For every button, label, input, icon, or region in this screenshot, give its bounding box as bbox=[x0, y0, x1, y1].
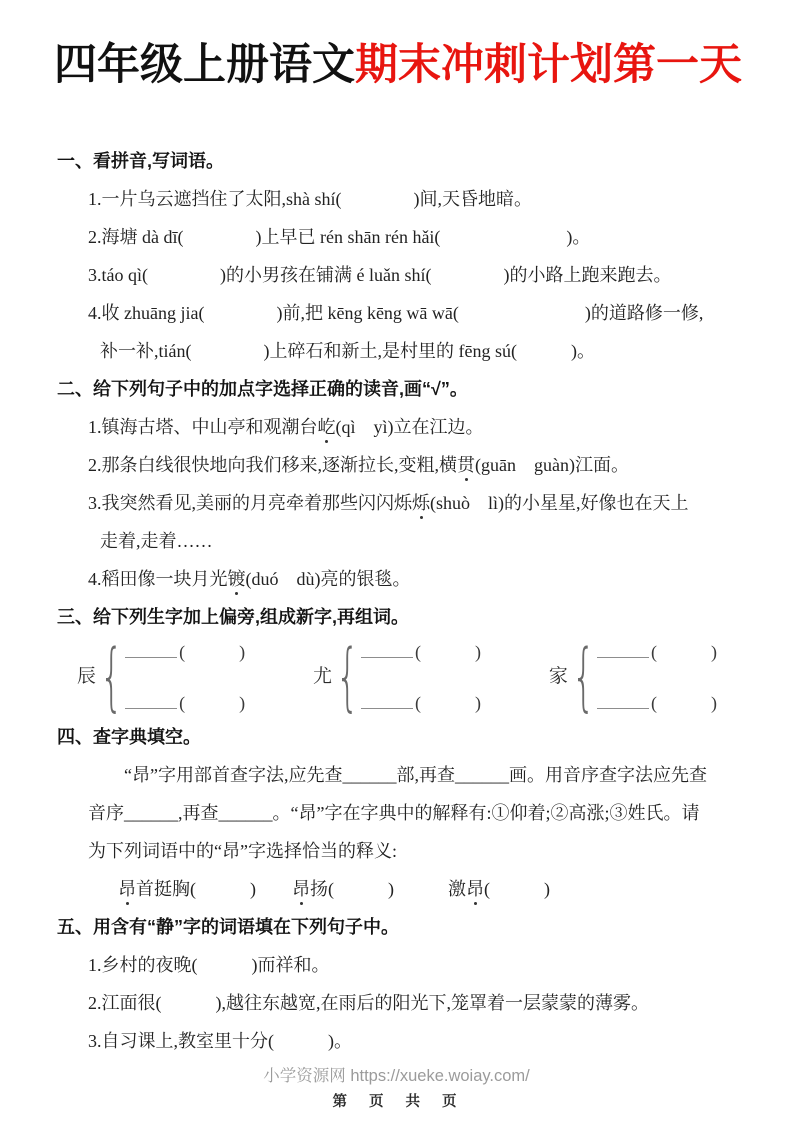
page-number-line: 第 页 共 页 bbox=[0, 1090, 793, 1111]
character-group: 辰{( )( ) bbox=[77, 633, 245, 722]
question-text: 1.乡村的夜晚( )而祥和。 bbox=[88, 955, 330, 975]
worksheet-page: 四年级上册语文期末冲刺计划第一天 一、看拼音,写词语。1.一片乌云遮挡住了太阳,… bbox=[0, 0, 793, 1122]
question-line: 音序______,再查______。“昂”字在字典中的解释有:①仰着;②高涨;③… bbox=[57, 794, 757, 832]
question-text: 1.一片乌云遮挡住了太阳,shà shí( )间,天昏地暗。 bbox=[88, 189, 532, 209]
answer-blank bbox=[361, 642, 413, 658]
answer-row: ( ) bbox=[597, 684, 717, 722]
question-text: 补一补,tián( )上碎石和新土,是村里的 fēng sú( )。 bbox=[100, 341, 595, 361]
watermark-source-url: 小学资源网 https://xueke.woiay.com/ bbox=[0, 1062, 793, 1086]
section-2: 二、给下列句子中的加点字选择正确的读音,画“√”。1.镇海古塔、中山亭和观潮台屹… bbox=[57, 370, 757, 598]
section-1: 一、看拼音,写词语。1.一片乌云遮挡住了太阳,shà shí( )间,天昏地暗。… bbox=[57, 142, 757, 370]
emphasized-char: 昂 bbox=[292, 879, 310, 899]
answer-row: ( ) bbox=[597, 633, 717, 671]
question-line: 走着,走着…… bbox=[57, 522, 757, 560]
emphasized-char: 镀 bbox=[228, 569, 246, 589]
question-text: “昂”字用部首查字法,应先查______部,再查______画。用音序查字法应先… bbox=[88, 765, 707, 785]
answer-row: ( ) bbox=[361, 633, 481, 671]
brace-icon: { bbox=[100, 636, 124, 718]
question-text: 1.镇海古塔、中山亭和观潮台 bbox=[88, 417, 318, 437]
word-paren: ( ) bbox=[179, 633, 245, 671]
question-text: 3.自习课上,教室里十分( )。 bbox=[88, 1031, 352, 1051]
word-paren: ( ) bbox=[651, 684, 717, 722]
question-text: 走着,走着…… bbox=[100, 531, 213, 551]
question-text: 扬( ) 激 bbox=[310, 879, 466, 899]
question-text: (guān guàn)江面。 bbox=[475, 455, 629, 475]
character-group: 家{( )( ) bbox=[549, 633, 717, 722]
base-character: 家 bbox=[549, 658, 568, 696]
question-line: 昂首挺胸( ) 昂扬( ) 激昂( ) bbox=[57, 870, 757, 908]
question-text: 3.我突然看见,美丽的月亮牵着那些闪闪烁 bbox=[88, 493, 412, 513]
answer-blank bbox=[125, 693, 177, 709]
emphasized-char: 昂 bbox=[466, 879, 484, 899]
brace-icon: { bbox=[336, 636, 360, 718]
word-paren: ( ) bbox=[415, 633, 481, 671]
emphasized-char: 昂 bbox=[118, 879, 136, 899]
question-line: 4.收 zhuāng jia( )前,把 kēng kēng wā wā( )的… bbox=[57, 294, 757, 332]
question-text: (qì yì)立在江边。 bbox=[336, 417, 484, 437]
answer-blank bbox=[361, 693, 413, 709]
section-heading: 一、看拼音,写词语。 bbox=[57, 142, 757, 180]
question-line: 1.一片乌云遮挡住了太阳,shà shí( )间,天昏地暗。 bbox=[57, 180, 757, 218]
question-text: 音序______,再查______。“昂”字在字典中的解释有:①仰着;②高涨;③… bbox=[88, 803, 699, 823]
question-line: 4.稻田像一块月光镀(duó dù)亮的银毯。 bbox=[57, 560, 757, 598]
word-paren: ( ) bbox=[415, 684, 481, 722]
title-grade-part: 四年级上册语文 bbox=[54, 41, 355, 89]
answer-row: ( ) bbox=[125, 684, 245, 722]
question-text: 为下列词语中的“昂”字选择恰当的释义: bbox=[88, 841, 397, 861]
question-line: 补一补,tián( )上碎石和新土,是村里的 fēng sú( )。 bbox=[57, 332, 757, 370]
question-line: 3.我突然看见,美丽的月亮牵着那些闪闪烁烁(shuò lì)的小星星,好像也在天… bbox=[57, 484, 757, 522]
section-heading: 四、查字典填空。 bbox=[57, 718, 757, 756]
question-line: 1.镇海古塔、中山亭和观潮台屹(qì yì)立在江边。 bbox=[57, 408, 757, 446]
question-text: 3.táo qì( )的小男孩在铺满 é luǎn shí( )的小路上跑来跑去… bbox=[88, 265, 671, 285]
answer-row: ( ) bbox=[361, 684, 481, 722]
question-line: 为下列词语中的“昂”字选择恰当的释义: bbox=[57, 832, 757, 870]
section-4: 四、查字典填空。 “昂”字用部首查字法,应先查______部,再查______画… bbox=[57, 718, 757, 908]
emphasized-char: 烁 bbox=[412, 493, 430, 513]
question-line: “昂”字用部首查字法,应先查______部,再查______画。用音序查字法应先… bbox=[57, 756, 757, 794]
question-text: 首挺胸( ) bbox=[136, 879, 292, 899]
section-heading: 五、用含有“静”字的词语填在下列句子中。 bbox=[57, 908, 757, 946]
word-paren: ( ) bbox=[179, 684, 245, 722]
title-sprint-part: 期末冲刺计划第一天 bbox=[355, 41, 742, 89]
question-line: 2.那条白线很快地向我们移来,逐渐拉长,变粗,横贯(guān guàn)江面。 bbox=[57, 446, 757, 484]
brace-icon: { bbox=[572, 636, 596, 718]
answer-column: ( )( ) bbox=[125, 633, 245, 722]
question-line: 2.海塘 dà dī( )上早已 rén shān rén hǎi( )。 bbox=[57, 218, 757, 256]
answer-blank bbox=[597, 693, 649, 709]
question-line: 3.táo qì( )的小男孩在铺满 é luǎn shí( )的小路上跑来跑去… bbox=[57, 256, 757, 294]
word-paren: ( ) bbox=[651, 633, 717, 671]
section-heading: 二、给下列句子中的加点字选择正确的读音,画“√”。 bbox=[57, 370, 757, 408]
question-line: 1.乡村的夜晚( )而祥和。 bbox=[57, 946, 757, 984]
question-line: 2.江面很( ),越往东越宽,在雨后的阳光下,笼罩着一层蒙蒙的薄雾。 bbox=[57, 984, 757, 1022]
question-line: 3.自习课上,教室里十分( )。 bbox=[57, 1022, 757, 1060]
section-5: 五、用含有“静”字的词语填在下列句子中。1.乡村的夜晚( )而祥和。2.江面很(… bbox=[57, 908, 757, 1060]
answer-column: ( )( ) bbox=[597, 633, 717, 722]
question-text: ( ) bbox=[484, 879, 550, 899]
worksheet-content: 一、看拼音,写词语。1.一片乌云遮挡住了太阳,shà shí( )间,天昏地暗。… bbox=[57, 142, 757, 1060]
question-text: 4.收 zhuāng jia( )前,把 kēng kēng wā wā( )的… bbox=[88, 303, 703, 323]
question-text: (shuò lì)的小星星,好像也在天上 bbox=[430, 493, 689, 513]
question-text: 2.海塘 dà dī( )上早已 rén shān rén hǎi( )。 bbox=[88, 227, 590, 247]
character-group: 尤{( )( ) bbox=[313, 633, 481, 722]
answer-column: ( )( ) bbox=[361, 633, 481, 722]
section-heading: 三、给下列生字加上偏旁,组成新字,再组词。 bbox=[57, 598, 757, 636]
question-text: 2.江面很( ),越往东越宽,在雨后的阳光下,笼罩着一层蒙蒙的薄雾。 bbox=[88, 993, 649, 1013]
section-3: 三、给下列生字加上偏旁,组成新字,再组词。辰{( )( )尤{( )( )家{(… bbox=[57, 598, 757, 718]
question-text: 2.那条白线很快地向我们移来,逐渐拉长,变粗,横 bbox=[88, 455, 457, 475]
question-text: 4.稻田像一块月光 bbox=[88, 569, 228, 589]
answer-row: ( ) bbox=[125, 633, 245, 671]
question-text: (duó dù)亮的银毯。 bbox=[246, 569, 411, 589]
radical-exercise-row: 辰{( )( )尤{( )( )家{( )( ) bbox=[57, 636, 717, 718]
base-character: 辰 bbox=[77, 658, 96, 696]
emphasized-char: 屹 bbox=[318, 417, 336, 437]
answer-blank bbox=[125, 642, 177, 658]
emphasized-char: 贯 bbox=[457, 455, 475, 475]
answer-blank bbox=[597, 642, 649, 658]
base-character: 尤 bbox=[313, 658, 332, 696]
page-title: 四年级上册语文期末冲刺计划第一天 bbox=[54, 40, 742, 92]
